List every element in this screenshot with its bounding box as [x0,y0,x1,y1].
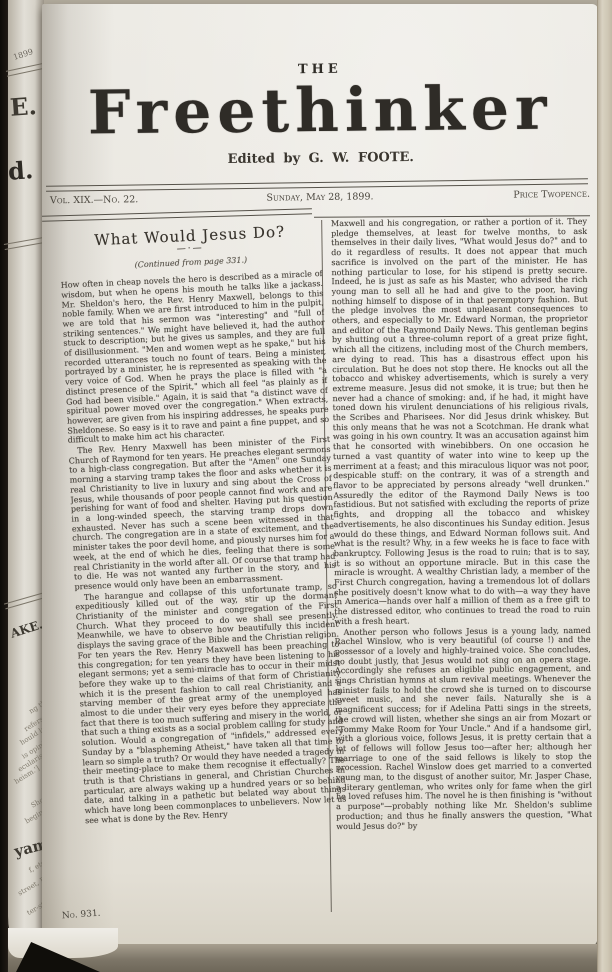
right-column-text: Maxwell and his congregation, or rather … [331,217,592,832]
issue-line: Vol. XIX.—No. 22. Sunday, May 28, 1899. … [50,189,590,207]
masthead: THE Freethinker Edited by G. W. FOOTE. [41,1,599,169]
right-column: Maxwell and his congregation, or rather … [331,217,593,917]
issue-date: Sunday, May 28, 1899. [266,191,373,203]
prev-page-letter: E. [9,91,38,122]
prev-page-year: 1899 [12,47,34,62]
masthead-title: Freethinker [42,76,599,146]
paragraph: The Rev. Henry Maxwell has been minister… [68,435,336,592]
article-header: What Would Jesus Do? —·— (Continued from… [59,226,322,274]
paragraph: Maxwell and his congregation, or rather … [331,217,591,627]
paragraph: Another person who follows Jesus is a yo… [335,625,593,831]
edited-by-line: Edited by G. W. FOOTE. [43,148,599,169]
paragraph: The harangue and collapse of this unfort… [75,581,347,826]
left-column: What Would Jesus Do? —·— (Continued from… [58,218,351,927]
prev-page-letter: d. [7,155,34,186]
under-page-edge [8,928,118,958]
spine-rule [4,593,44,610]
left-column-text: How often in cheap novels the hero is de… [61,269,347,826]
scanned-book-page: 1899 E. d. AKE. ng the refers to p hould… [0,0,612,972]
book-fore-edge [597,0,612,972]
volume-number: Vol. XIX.—No. 22. [50,194,138,206]
newspaper-page: THE Freethinker Edited by G. W. FOOTE. V… [42,4,598,948]
issue-price: Price Twopence. [513,189,590,201]
previous-page-edge: 1899 E. d. AKE. ng the refers to p hould… [8,0,44,956]
prev-page-fragment: AKE. [9,617,45,641]
paragraph: How often in cheap novels the hero is de… [61,269,330,446]
